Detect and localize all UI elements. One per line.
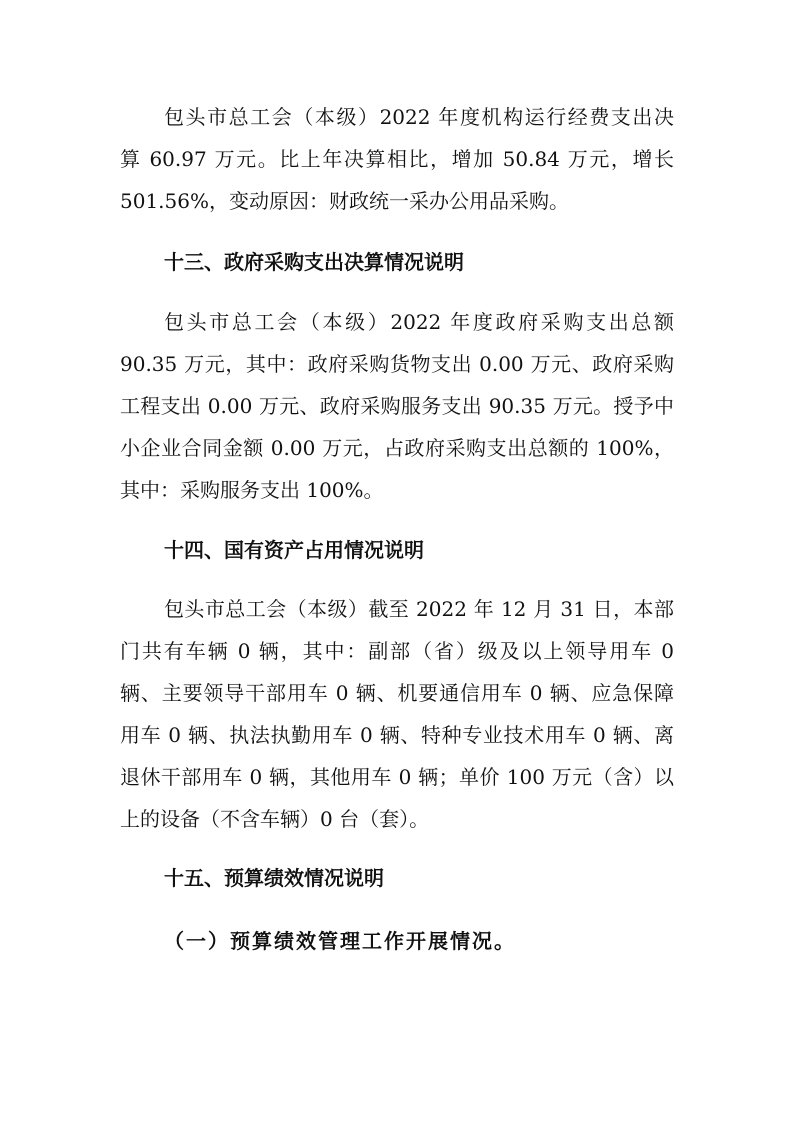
section-heading-13: 十三、政府采购支出决算情况说明 xyxy=(164,250,464,274)
paragraph-line: 包头市总工会（本级）截至 2022 年 12 月 31 日，本部 xyxy=(164,597,674,621)
paragraph-line: 退休干部用车 0 辆，其他用车 0 辆；单价 100 万元（含）以 xyxy=(120,765,674,789)
paragraph-line: 上的设备（不含车辆）0 台（套）。 xyxy=(120,807,674,831)
paragraph-line: 算 60.97 万元。比上年决算相比，增加 50.84 万元，增长 xyxy=(120,147,674,171)
paragraph-line: 包头市总工会（本级）2022 年度政府采购支出总额 xyxy=(164,310,674,334)
paragraph-line: 501.56%，变动原因：财政统一采办公用品采购。 xyxy=(120,189,674,213)
document-page: 包头市总工会（本级）2022 年度机构运行经费支出决 算 60.97 万元。比上… xyxy=(0,0,795,1124)
paragraph-line: 小企业合同金额 0.00 万元，占政府采购支出总额的 100%， xyxy=(120,436,674,460)
paragraph-line: 包头市总工会（本级）2022 年度机构运行经费支出决 xyxy=(164,105,674,129)
section-heading-15: 十五、预算绩效情况说明 xyxy=(164,866,384,890)
subsection-heading: （一）预算绩效管理工作开展情况。 xyxy=(164,929,516,953)
paragraph-line: 用车 0 辆、执法执勤用车 0 辆、特种专业技术用车 0 辆、离 xyxy=(120,723,674,747)
paragraph-line: 门共有车辆 0 辆，其中：副部（省）级及以上领导用车 0 xyxy=(120,639,674,663)
paragraph-line: 工程支出 0.00 万元、政府采购服务支出 90.35 万元。授予中 xyxy=(120,394,674,418)
paragraph-line: 辆、主要领导干部用车 0 辆、机要通信用车 0 辆、应急保障 xyxy=(120,681,674,705)
section-heading-14: 十四、国有资产占用情况说明 xyxy=(164,538,424,562)
paragraph-line: 其中：采购服务支出 100%。 xyxy=(120,478,674,502)
paragraph-line: 90.35 万元，其中：政府采购货物支出 0.00 万元、政府采购 xyxy=(120,352,674,376)
